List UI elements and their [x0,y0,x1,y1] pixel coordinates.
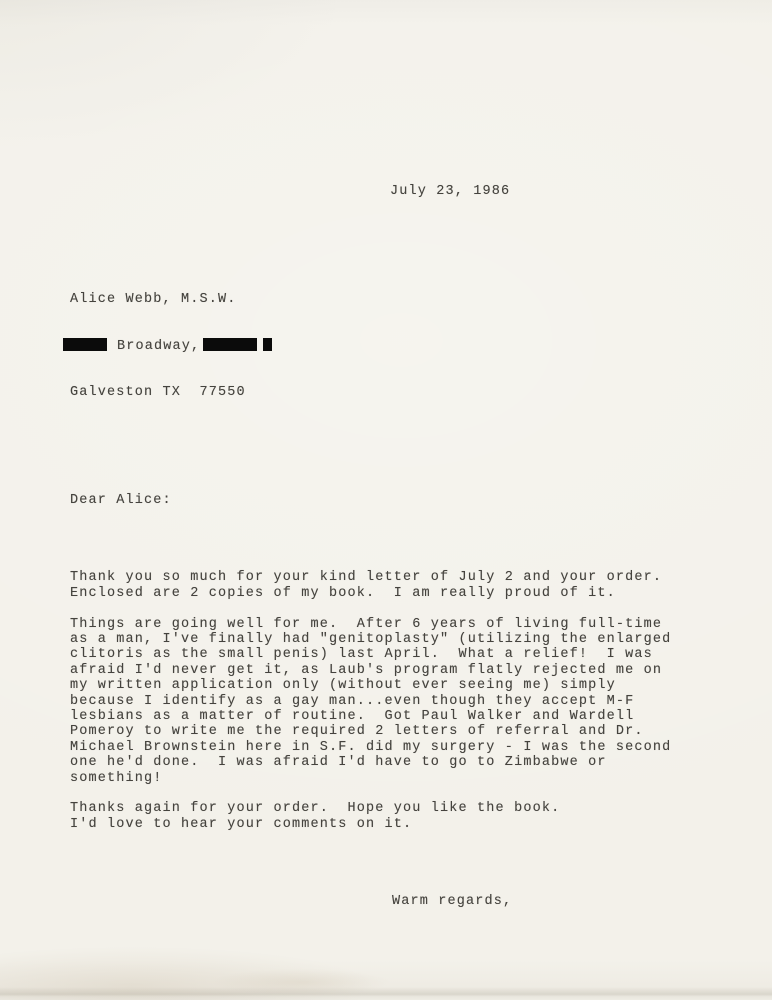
paper-bottom-edge [0,987,772,1000]
paragraph: Thanks again for your order. Hope you li… [70,801,730,832]
redaction-bar [203,338,257,351]
paragraph: Things are going well for me. After 6 ye… [70,617,730,786]
letter-line: Thank you so much for your kind letter o… [70,570,730,585]
letter-line: Pomeroy to write me the required 2 lette… [70,724,730,739]
letter-line: because I identify as a gay man...even t… [70,694,730,709]
letter-line: Things are going well for me. After 6 ye… [70,617,730,632]
letter-line: my written application only (without eve… [70,678,730,693]
letter-page: July 23, 1986 Alice Webb, M.S.W. Broadwa… [0,0,772,1000]
letter-line: Thanks again for your order. Hope you li… [70,801,730,816]
letter-line: Michael Brownstein here in S.F. did my s… [70,740,730,755]
letter-line: something! [70,771,730,786]
closing: Warm regards, [392,894,730,909]
letter-line: one he'd done. I was afraid I'd have to … [70,755,730,770]
letter-line: lesbians as a matter of routine. Got Pau… [70,709,730,724]
recipient-street-line: Broadway, [70,338,730,354]
date-line: July 23, 1986 [390,184,730,199]
redaction-bar [63,338,107,351]
recipient-address-block: Alice Webb, M.S.W. Broadway, Galveston T… [70,261,730,431]
recipient-name: Alice Webb, M.S.W. [70,292,730,307]
letter-body: Thank you so much for your kind letter o… [70,570,730,832]
letter-content: July 23, 1986 Alice Webb, M.S.W. Broadwa… [70,138,730,955]
letter-line: Enclosed are 2 copies of my book. I am r… [70,586,730,601]
letter-line: as a man, I've finally had "genitoplasty… [70,632,730,647]
street-text: Broadway, [117,339,200,354]
recipient-city-line: Galveston TX 77550 [70,385,730,400]
letter-line: afraid I'd never get it, as Laub's progr… [70,663,730,678]
paragraph: Thank you so much for your kind letter o… [70,570,730,601]
letter-line: clitoris as the small penis) last April.… [70,647,730,662]
letter-line: I'd love to hear your comments on it. [70,817,730,832]
salutation: Dear Alice: [70,493,730,508]
redaction-bar [263,338,272,351]
